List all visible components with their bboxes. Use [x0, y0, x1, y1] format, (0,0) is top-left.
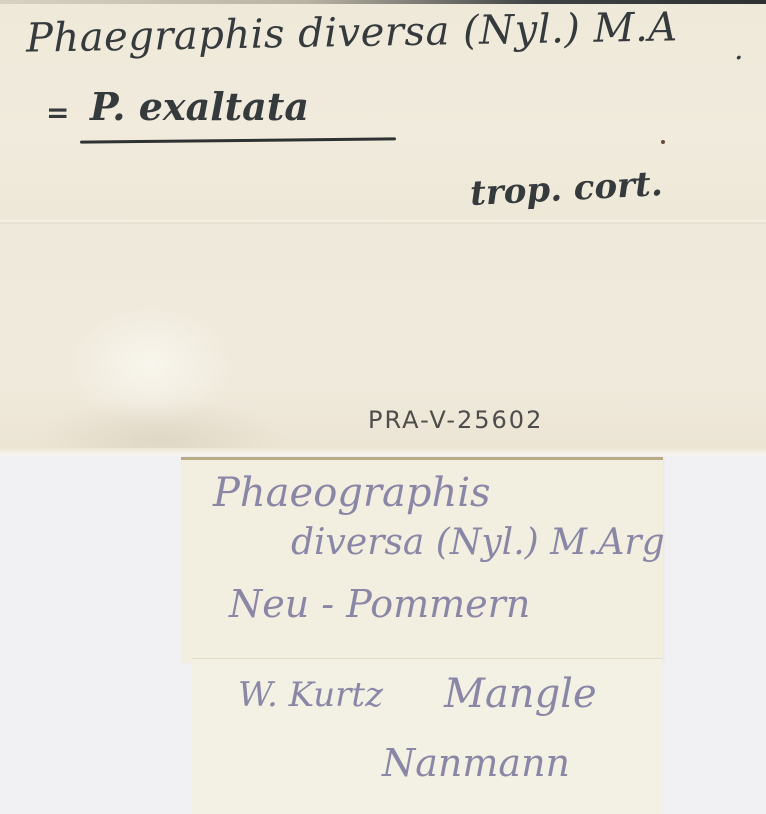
original-label-slip-2: W. Kurtz Mangle Nanmann: [192, 658, 662, 814]
slip1-species: diversa (Nyl.) M.Arg: [291, 522, 665, 563]
original-label-slip-1: Phaeographis diversa (Nyl.) M.Arg Neu - …: [181, 457, 663, 663]
habitat-annotation: trop. cort.: [469, 164, 663, 214]
slip2-habitat: Mangle: [444, 671, 597, 717]
slip2-locality: Nanmann: [382, 741, 570, 785]
synonym-name: P. exaltata: [90, 84, 309, 129]
synonym-underline: [80, 137, 396, 143]
trailing-mark: .: [734, 32, 744, 67]
catalog-number: PRA-V-25602: [368, 406, 543, 434]
specimen-scan: Phaegraphis diversa (Nyl.) M.A . = P. ex…: [0, 0, 766, 814]
taxon-name: Phaegraphis diversa (Nyl.) M.A: [26, 4, 678, 61]
ink-spot: [661, 140, 665, 144]
slip2-collector: W. Kurtz: [238, 675, 383, 715]
slip1-genus: Phaeographis: [213, 470, 491, 516]
determination-label: Phaegraphis diversa (Nyl.) M.A . = P. ex…: [0, 4, 766, 222]
slip1-locality: Neu - Pommern: [229, 582, 530, 626]
synonym-prefix: =: [46, 96, 69, 129]
envelope-body: PRA-V-25602: [0, 224, 766, 454]
